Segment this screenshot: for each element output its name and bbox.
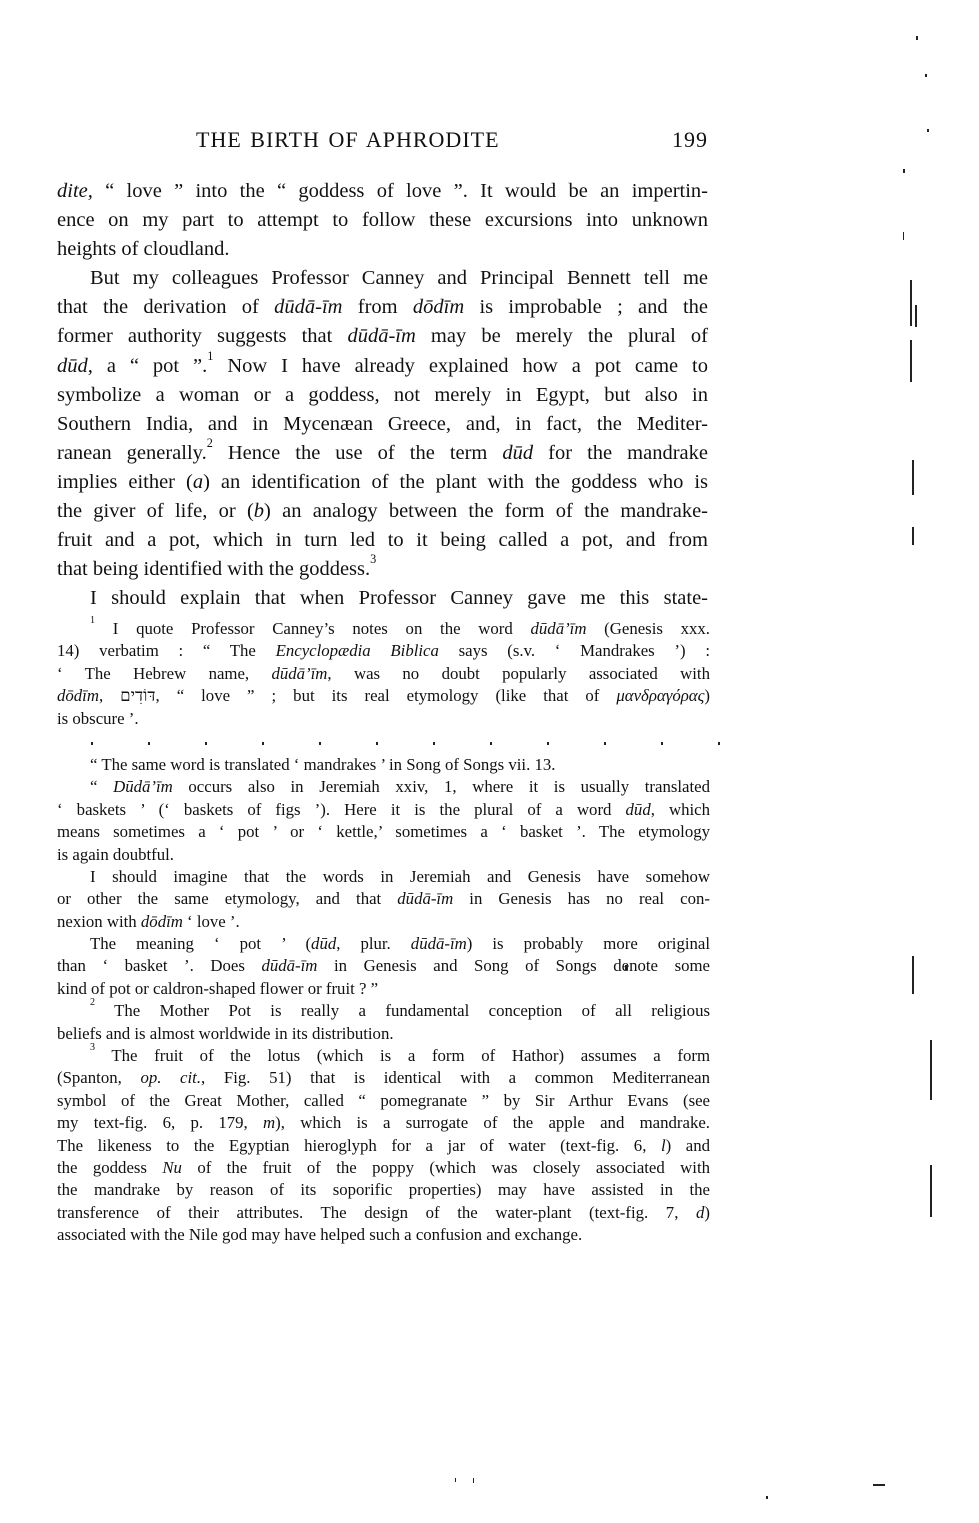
- footnote-line: 3 The fruit of the lotus (which is a for…: [57, 1045, 710, 1067]
- footnote-marker: 3: [370, 552, 376, 566]
- italic-term: dūdā-īm: [274, 296, 342, 318]
- footnote-line: 2 The Mother Pot is really a fundamental…: [57, 1000, 710, 1022]
- main-body-text: dite, “ love ” into the “ goddess of lov…: [57, 177, 708, 613]
- text-run: “ love ” into the “ goddess of love ”. I…: [93, 180, 708, 202]
- text-run: than ‘ basket ’. Does: [57, 956, 261, 975]
- text-run: ) is probably more original: [467, 934, 710, 953]
- text-run: in Genesis and Song of Songs denote some: [317, 956, 710, 975]
- text-run: I should imagine that the words in Jerem…: [90, 867, 710, 886]
- scan-speck: [873, 1484, 885, 1486]
- ellipsis-dot: [319, 742, 321, 745]
- text-run: implies either (: [57, 471, 193, 493]
- text-run: , plur.: [336, 934, 411, 953]
- italic-term: b: [254, 500, 264, 522]
- text-run: or other the same etymology, and that: [57, 889, 397, 908]
- italic-term: dūdā-īm: [261, 956, 317, 975]
- text-run: I quote Professor Canney’s notes on the …: [95, 619, 530, 638]
- text-run: associated with the Nile god may have he…: [57, 1225, 582, 1244]
- scan-speck: [912, 460, 914, 495]
- footnote-line: (Spanton, op. cit., Fig. 51) that is ide…: [57, 1067, 710, 1089]
- text-run: Now I have already explained how a pot c…: [213, 355, 708, 377]
- italic-term: dūdā-īm: [347, 325, 415, 347]
- footnote-marker: 1: [207, 349, 213, 363]
- text-run: the mandrake by reason of its soporific …: [57, 1180, 710, 1199]
- footnote-line: means sometimes a ‘ pot ’ or ‘ kettle,’ …: [57, 821, 710, 843]
- footnote-line: ‘ baskets ’ (‘ baskets of figs ’). Here …: [57, 799, 710, 821]
- text-run: “ The same word is translated ‘ mandrake…: [90, 755, 555, 774]
- scan-speck: [910, 280, 912, 326]
- scan-speck: [903, 169, 905, 173]
- text-run: ranean generally.: [57, 442, 207, 464]
- text-run: means sometimes a ‘ pot ’ or ‘ kettle,’ …: [57, 822, 710, 841]
- text-run: ) an analogy between the form of the man…: [264, 500, 708, 522]
- text-run: beliefs and is almost worldwide in its d…: [57, 1024, 394, 1043]
- running-head-title: THE BIRTH OF APHRODITE: [196, 127, 500, 153]
- scan-speck: [925, 74, 927, 77]
- text-run: former authority suggests that: [57, 325, 347, 347]
- ellipsis-dot: [547, 742, 549, 745]
- italic-term: dūdā-īm: [397, 889, 453, 908]
- footnote-3: 3 The fruit of the lotus (which is a for…: [57, 1045, 710, 1247]
- text-run: the goddess: [57, 1158, 162, 1177]
- text-run: is again doubtful.: [57, 845, 174, 864]
- footnote-marker: 3: [90, 1042, 95, 1053]
- italic-term: Nu: [162, 1158, 182, 1177]
- footnote-line: associated with the Nile god may have he…: [57, 1224, 710, 1246]
- scan-speck: [927, 129, 929, 132]
- footnote-line: dōdīm, דּוֹדִים, “ love ” ; but its real…: [57, 685, 710, 707]
- scan-speck: [455, 1478, 456, 1482]
- text-run: nexion with: [57, 912, 141, 931]
- footnote-line: nexion with dōdīm ‘ love ’.: [57, 911, 710, 933]
- ellipsis-dot: [262, 742, 264, 745]
- body-line: heights of cloudland.: [57, 235, 708, 264]
- italic-term: μανδραγόρας: [616, 686, 704, 705]
- footnote-1: 1 I quote Professor Canney’s notes on th…: [57, 618, 710, 730]
- text-run: ‘ love ’.: [183, 912, 240, 931]
- footnote-line: “ Dūdā’īm occurs also in Jeremiah xxiv, …: [57, 776, 710, 798]
- footnote-line: is obscure ’.: [57, 708, 710, 730]
- footnote-marker: 2: [90, 997, 95, 1008]
- ellipsis-dot: [205, 742, 207, 745]
- italic-term: dōdīm: [57, 686, 99, 705]
- italic-term: op. cit.: [140, 1068, 201, 1087]
- footnote-line: symbol of the Great Mother, called “ pom…: [57, 1090, 710, 1112]
- footnote-line: beliefs and is almost worldwide in its d…: [57, 1023, 710, 1045]
- footnote-1-continuation: “ The same word is translated ‘ mandrake…: [57, 754, 710, 1000]
- text-run: ‘ baskets ’ (‘ baskets of figs ’). Here …: [57, 800, 626, 819]
- text-run: fruit and a pot, which in turn led to it…: [57, 529, 708, 551]
- text-run: ‘ The Hebrew name,: [57, 664, 271, 683]
- scan-speck: [930, 1165, 932, 1217]
- page-number: 199: [672, 127, 708, 153]
- body-line: But my colleagues Professor Canney and P…: [57, 264, 708, 293]
- text-run: The fruit of the lotus (which is a form …: [95, 1046, 710, 1065]
- text-run: kind of pot or caldron-shaped flower or …: [57, 979, 378, 998]
- text-run: my text-fig. 6, p. 179,: [57, 1113, 263, 1132]
- italic-term: dūdā’īm: [531, 619, 587, 638]
- text-run: “: [90, 777, 113, 796]
- scan-speck: [915, 305, 917, 327]
- ellipsis-dot: [148, 742, 150, 745]
- scan-speck: [930, 1040, 932, 1100]
- ellipsis-dot: [718, 742, 720, 745]
- text-run: The Mother Pot is really a fundamental c…: [95, 1001, 710, 1020]
- italic-term: Dūdā’īm: [113, 777, 173, 796]
- footnote-line: “ The same word is translated ‘ mandrake…: [57, 754, 710, 776]
- footnote-line: ‘ The Hebrew name, dūdā’īm, was no doubt…: [57, 663, 710, 685]
- text-run: (Spanton,: [57, 1068, 140, 1087]
- footnote-line: than ‘ basket ’. Does dūdā-īm in Genesis…: [57, 955, 710, 977]
- body-line: dite, “ love ” into the “ goddess of lov…: [57, 177, 708, 206]
- text-run: of the fruit of the poppy (which was clo…: [182, 1158, 710, 1177]
- footnote-line: I should imagine that the words in Jerem…: [57, 866, 710, 888]
- body-line: ranean generally.2 Hence the use of the …: [57, 439, 708, 468]
- footnote-line: 14) verbatim : “ The Encyclopædia Biblic…: [57, 640, 710, 662]
- body-line: symbolize a woman or a goddess, not mere…: [57, 381, 708, 410]
- footnote-line: The likeness to the Egyptian hieroglyph …: [57, 1135, 710, 1157]
- ellipsis-dot: [376, 742, 378, 745]
- footnote-line: transference of their attributes. The de…: [57, 1202, 710, 1224]
- text-run: I should explain that when Professor Can…: [90, 587, 708, 609]
- text-run: the giver of life, or (: [57, 500, 254, 522]
- scan-speck: [625, 965, 628, 970]
- text-run: , דּוֹדִים, “ love ” ; but its real etym…: [99, 686, 616, 705]
- ellipsis-dots: [57, 740, 710, 754]
- text-run: ) and: [666, 1136, 710, 1155]
- body-line: former authority suggests that dūdā-īm m…: [57, 322, 708, 351]
- footnote-marker: 2: [207, 436, 213, 450]
- footnote-2: 2 The Mother Pot is really a fundamental…: [57, 1000, 710, 1045]
- text-run: transference of their attributes. The de…: [57, 1203, 696, 1222]
- body-line: ence on my part to attempt to follow the…: [57, 206, 708, 235]
- italic-term: dūd: [57, 355, 88, 377]
- italic-term: m: [263, 1113, 275, 1132]
- body-line: that being identified with the goddess.3: [57, 555, 708, 584]
- text-run: is improbable ; and the: [464, 296, 708, 318]
- scan-speck: [473, 1478, 474, 1483]
- scan-speck: [912, 527, 914, 545]
- scan-speck: [916, 36, 918, 40]
- text-run: , was no doubt popularly associated with: [327, 664, 710, 683]
- italic-term: dōdīm: [413, 296, 464, 318]
- body-line: fruit and a pot, which in turn led to it…: [57, 526, 708, 555]
- text-run: (Genesis xxx.: [586, 619, 710, 638]
- ellipsis-dot: [661, 742, 663, 745]
- running-head: THE BIRTH OF APHRODITE 199: [196, 127, 708, 161]
- text-run: ): [704, 1203, 710, 1222]
- scan-speck: [912, 956, 914, 994]
- book-page: THE BIRTH OF APHRODITE 199 dite, “ love …: [0, 0, 979, 1523]
- italic-term: dūdā-īm: [411, 934, 467, 953]
- text-run: ence on my part to attempt to follow the…: [57, 209, 708, 231]
- scan-speck: [910, 340, 912, 382]
- italic-term: dūdā’īm: [271, 664, 327, 683]
- text-run: The meaning ‘ pot ’ (: [90, 934, 311, 953]
- scan-speck: [903, 232, 904, 240]
- text-run: , Fig. 51) that is identical with a comm…: [201, 1068, 710, 1087]
- text-run: that being identified with the goddess.: [57, 558, 370, 580]
- footnote-marker: 1: [90, 615, 95, 626]
- body-line: implies either (a) an identification of …: [57, 468, 708, 497]
- footnote-line: or other the same etymology, and that dū…: [57, 888, 710, 910]
- text-run: from: [342, 296, 412, 318]
- italic-term: dūd: [626, 800, 651, 819]
- scan-speck: [766, 1496, 768, 1499]
- footnote-line: kind of pot or caldron-shaped flower or …: [57, 978, 710, 1000]
- text-run: But my colleagues Professor Canney and P…: [90, 267, 708, 289]
- footnote-line: my text-fig. 6, p. 179, m), which is a s…: [57, 1112, 710, 1134]
- footnote-line: the goddess Nu of the fruit of the poppy…: [57, 1157, 710, 1179]
- text-run: 14) verbatim : “ The: [57, 641, 276, 660]
- ellipsis-dot: [604, 742, 606, 745]
- text-run: ), which is a surrogate of the apple and…: [275, 1113, 710, 1132]
- footnote-line: 1 I quote Professor Canney’s notes on th…: [57, 618, 710, 640]
- footnotes: 1 I quote Professor Canney’s notes on th…: [57, 618, 710, 1247]
- text-run: is obscure ’.: [57, 709, 139, 728]
- ellipsis-dot: [91, 742, 93, 745]
- text-run: , a “ pot ”.: [88, 355, 208, 377]
- footnote-line: the mandrake by reason of its soporific …: [57, 1179, 710, 1201]
- footnote-line: The meaning ‘ pot ’ (dūd, plur. dūdā-īm)…: [57, 933, 710, 955]
- text-run: , which: [651, 800, 710, 819]
- italic-term: dite,: [57, 180, 93, 202]
- text-run: symbolize a woman or a goddess, not mere…: [57, 384, 708, 406]
- text-run: Hence the use of the term: [213, 442, 503, 464]
- italic-term: a: [193, 471, 203, 493]
- footnote-line: is again doubtful.: [57, 844, 710, 866]
- text-run: occurs also in Jeremiah xxiv, 1, where i…: [173, 777, 710, 796]
- text-run: Southern India, and in Mycenæan Greece, …: [57, 413, 708, 435]
- body-line: dūd, a “ pot ”.1 Now I have already expl…: [57, 352, 708, 381]
- body-line: I should explain that when Professor Can…: [57, 584, 708, 613]
- ellipsis-dot: [490, 742, 492, 745]
- italic-term: Encyclopædia Biblica: [276, 641, 439, 660]
- body-line: that the derivation of dūdā-īm from dōdī…: [57, 293, 708, 322]
- text-run: says (s.v. ‘ Mandrakes ’) :: [439, 641, 710, 660]
- text-run: for the mandrake: [533, 442, 708, 464]
- italic-term: dūd: [502, 442, 533, 464]
- ellipsis-dot: [433, 742, 435, 745]
- italic-term: dūd: [311, 934, 336, 953]
- text-run: ): [704, 686, 710, 705]
- text-run: symbol of the Great Mother, called “ pom…: [57, 1091, 710, 1110]
- body-line: Southern India, and in Mycenæan Greece, …: [57, 410, 708, 439]
- text-run: ) an identification of the plant with th…: [203, 471, 708, 493]
- text-run: may be merely the plural of: [416, 325, 708, 347]
- text-run: heights of cloudland.: [57, 238, 230, 260]
- text-run: that the derivation of: [57, 296, 274, 318]
- text-run: in Genesis has no real con-: [453, 889, 710, 908]
- body-line: the giver of life, or (b) an analogy bet…: [57, 497, 708, 526]
- text-run: The likeness to the Egyptian hieroglyph …: [57, 1136, 661, 1155]
- italic-term: dōdīm: [141, 912, 183, 931]
